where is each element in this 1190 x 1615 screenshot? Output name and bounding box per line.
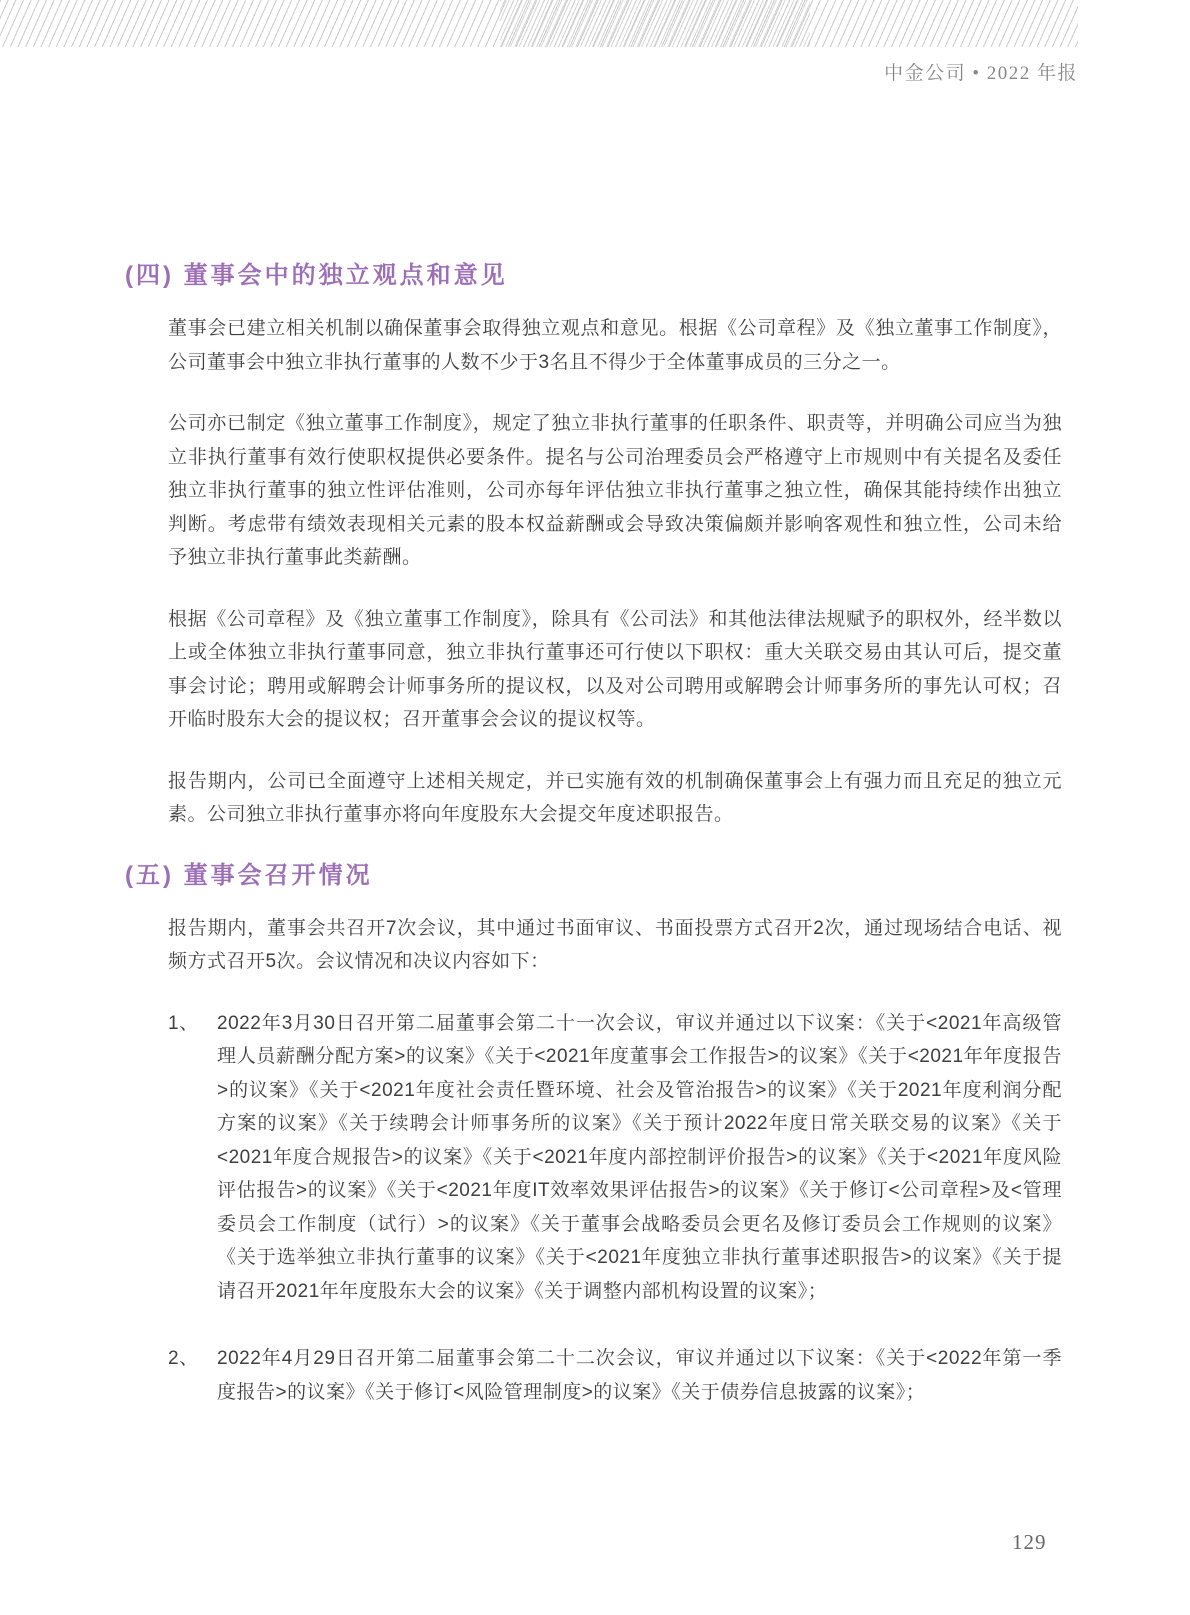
paragraph: 报告期内，公司已全面遵守上述相关规定，并已实施有效的机制确保董事会上有强力而且充… xyxy=(168,765,1062,832)
page-content: (四) 董事会中的独立观点和意见 董事会已建立相关机制以确保董事会取得独立观点和… xyxy=(125,260,1062,1443)
list-item: 2、 2022年4月29日召开第二届董事会第二十二次会议，审议并通过以下议案：《… xyxy=(168,1342,1062,1409)
list-item-number: 2、 xyxy=(168,1342,217,1409)
section-heading-4: (四) 董事会中的独立观点和意见 xyxy=(125,260,1062,292)
section-heading-5: (五) 董事会召开情况 xyxy=(125,860,1062,892)
list-item-text: 2022年3月30日召开第二届董事会第二十一次会议，审议并通过以下议案：《关于<… xyxy=(217,1007,1062,1309)
paragraph: 公司亦已制定《独立董事工作制度》，规定了独立非执行董事的任职条件、职责等，并明确… xyxy=(168,407,1062,575)
paragraph: 董事会已建立相关机制以确保董事会取得独立观点和意见。根据《公司章程》及《独立董事… xyxy=(168,312,1062,379)
meeting-list: 1、 2022年3月30日召开第二届董事会第二十一次会议，审议并通过以下议案：《… xyxy=(168,1007,1062,1410)
paragraph: 根据《公司章程》及《独立董事工作制度》，除具有《公司法》和其他法律法规赋予的职权… xyxy=(168,603,1062,737)
section-independent-views: (四) 董事会中的独立观点和意见 董事会已建立相关机制以确保董事会取得独立观点和… xyxy=(125,260,1062,832)
list-item-text: 2022年4月29日召开第二届董事会第二十二次会议，审议并通过以下议案：《关于<… xyxy=(217,1342,1062,1409)
section-board-meetings: (五) 董事会召开情况 报告期内，董事会共召开7次会议，其中通过书面审议、书面投… xyxy=(125,860,1062,1410)
page-number: 129 xyxy=(1012,1530,1047,1555)
decorative-stripes xyxy=(0,0,1078,47)
list-item-number: 1、 xyxy=(168,1007,217,1309)
list-item: 1、 2022年3月30日召开第二届董事会第二十一次会议，审议并通过以下议案：《… xyxy=(168,1007,1062,1309)
report-running-head: 中金公司 • 2022 年报 xyxy=(884,58,1078,85)
paragraph: 报告期内，董事会共召开7次会议，其中通过书面审议、书面投票方式召开2次，通过现场… xyxy=(168,912,1062,979)
decorative-stripes-dense xyxy=(500,0,810,47)
